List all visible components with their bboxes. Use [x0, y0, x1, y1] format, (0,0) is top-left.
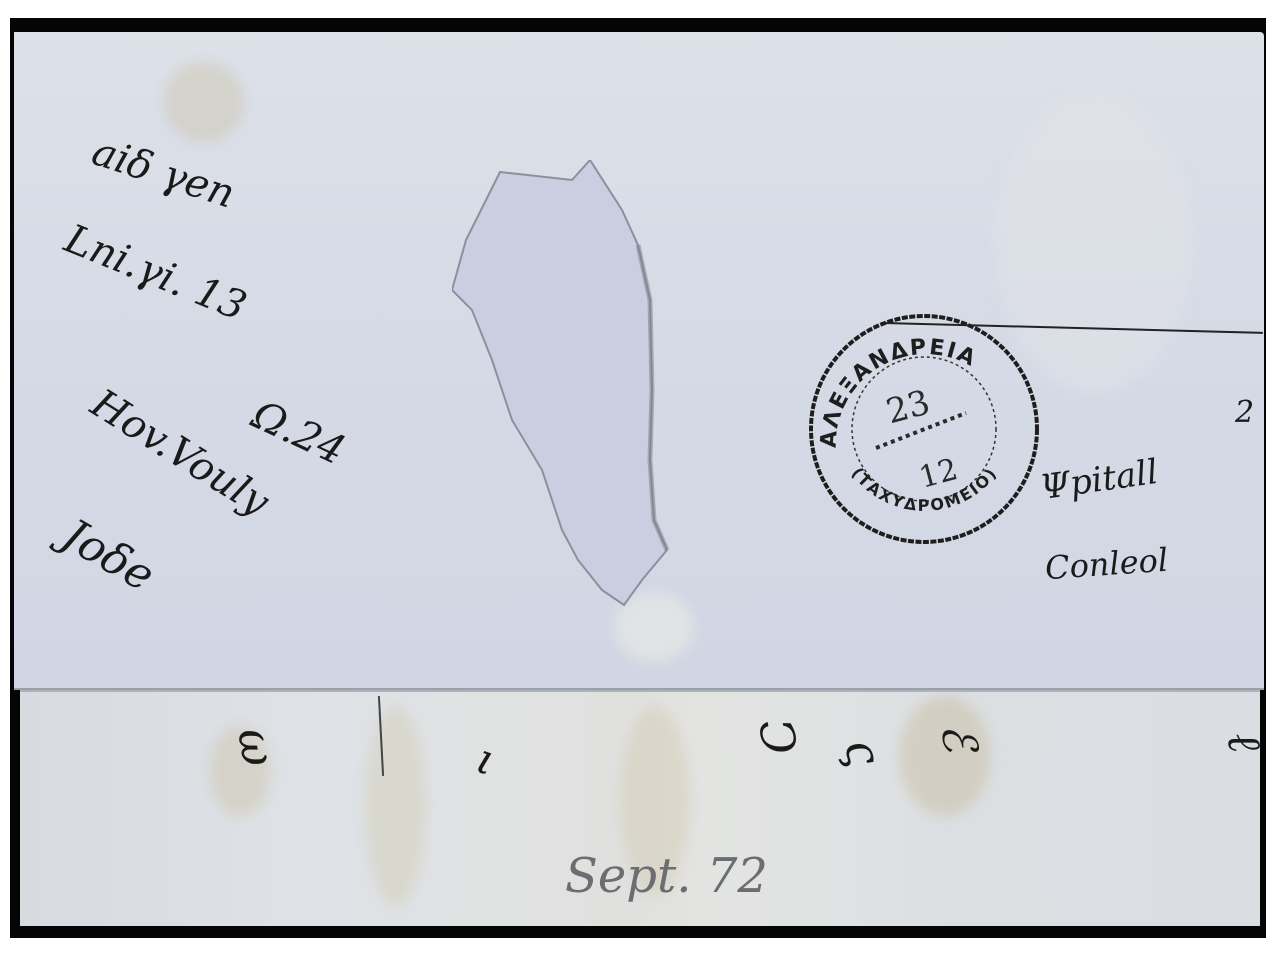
postmark-month: 12: [916, 452, 962, 496]
age-stain: [365, 706, 425, 906]
manuscript-left-block: aiδ γen Lni.γi. 13 Ω.24 Hov.Vouly Joδe: [40, 110, 520, 650]
manuscript-line: Lni.γi. 13: [58, 216, 252, 330]
postmark-cds: ΑΛΕΞΑΝΔΡΕΙΑ (ΤΑΧΥΔΡΟΜΕΙΟ) 23 12: [806, 308, 1042, 550]
manuscript-line: Joδe: [54, 509, 163, 602]
postmark-day: 23: [882, 382, 934, 432]
manuscript-line: Hov.Vouly: [83, 381, 277, 526]
manuscript-line: aiδ γen: [86, 128, 240, 217]
manuscript-line: Ω.24: [245, 392, 352, 475]
age-stain: [900, 696, 990, 816]
pencil-date-notation: Sept. 72: [565, 848, 768, 904]
manuscript-right-number: 2: [1235, 395, 1254, 430]
